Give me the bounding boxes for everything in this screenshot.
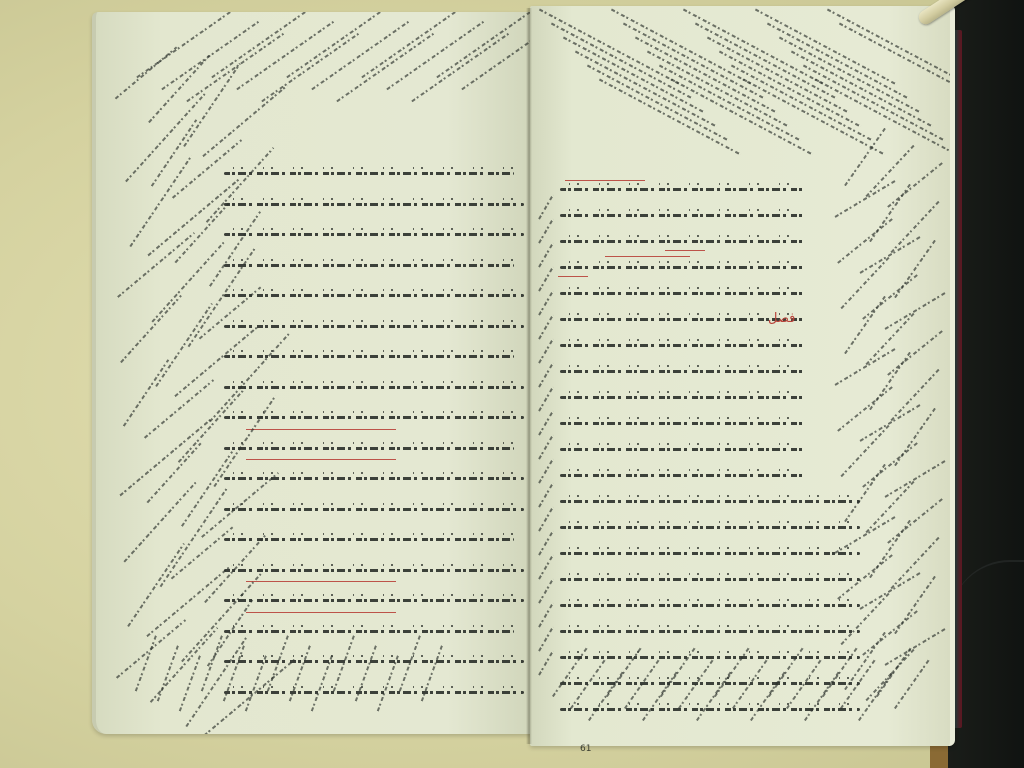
- margin-gloss: [147, 178, 240, 257]
- top-margin-gloss: [161, 20, 260, 90]
- bottom-margin-gloss: [311, 654, 333, 711]
- margin-gloss: [538, 338, 554, 363]
- main-text-line: [560, 448, 805, 451]
- folio-number: 61: [580, 744, 591, 754]
- margin-gloss: [174, 203, 229, 264]
- main-text-line: [560, 682, 860, 685]
- margin-gloss: [538, 434, 554, 459]
- margin-gloss: [884, 628, 945, 666]
- main-text-line: [560, 604, 860, 607]
- margin-gloss: [859, 572, 920, 610]
- bottom-margin-gloss: [135, 634, 157, 691]
- rubric-line: [246, 459, 396, 460]
- main-text-line: [224, 172, 514, 175]
- bottom-margin-gloss: [399, 634, 421, 691]
- main-text-line: [224, 569, 524, 572]
- main-text-line: [560, 630, 860, 633]
- right-page: الجسم انه من هذا القبيل فصل: [530, 6, 955, 746]
- rubric-line: [246, 581, 396, 582]
- main-text-line: [224, 599, 524, 602]
- margin-gloss: [859, 236, 920, 274]
- margin-gloss: [127, 543, 185, 627]
- margin-gloss: [844, 296, 886, 354]
- margin-gloss: [538, 554, 554, 579]
- main-text-line: [560, 214, 805, 217]
- margin-gloss: [538, 362, 554, 387]
- main-text-line: [560, 292, 805, 295]
- margin-gloss: [884, 292, 945, 330]
- margin-gloss: [834, 348, 895, 386]
- margin-gloss: [859, 404, 920, 442]
- main-text-line: [224, 691, 524, 694]
- margin-gloss: [538, 458, 554, 483]
- margin-gloss: [144, 379, 214, 438]
- margin-gloss: [844, 464, 886, 522]
- top-margin-gloss: [261, 32, 360, 102]
- margin-gloss: [538, 482, 554, 507]
- margin-gloss: [538, 194, 554, 219]
- main-text-line: [224, 447, 514, 450]
- top-margin-gloss: [551, 23, 693, 100]
- main-text-line: [560, 188, 805, 191]
- main-text-line: [224, 416, 524, 419]
- margin-gloss: [151, 239, 226, 322]
- main-text-line: [560, 240, 805, 243]
- margin-gloss: [538, 218, 554, 243]
- margin-gloss: [120, 295, 182, 363]
- margin-gloss: [538, 626, 554, 651]
- main-text-line: [224, 508, 524, 511]
- main-text-line: [224, 630, 514, 633]
- margin-gloss: [146, 565, 232, 637]
- margin-gloss: [202, 85, 288, 157]
- margin-gloss: [538, 242, 554, 267]
- main-text-line: [560, 266, 805, 269]
- rubric-line: [565, 180, 645, 181]
- margin-gloss: [538, 386, 554, 411]
- main-text-line: [224, 294, 524, 297]
- margin-gloss: [538, 506, 554, 531]
- main-text-line: [560, 370, 805, 373]
- margin-gloss: [834, 180, 895, 218]
- margin-gloss: [538, 410, 554, 435]
- margin-gloss: [209, 332, 291, 423]
- main-text-line: [560, 500, 860, 503]
- main-text-line: [224, 386, 524, 389]
- main-text-line: [560, 474, 805, 477]
- bottom-margin-gloss: [333, 634, 355, 691]
- margin-gloss: [125, 92, 207, 183]
- rubric-line: [558, 276, 588, 277]
- main-text-line: [224, 660, 524, 663]
- main-text-line: [560, 422, 805, 425]
- rubric-heading: فصل: [768, 311, 795, 326]
- rubric-line: [246, 429, 396, 430]
- margin-gloss: [123, 479, 198, 562]
- top-margin-gloss: [186, 32, 285, 102]
- margin-gloss: [181, 572, 263, 663]
- top-margin-gloss: [336, 32, 435, 102]
- main-text-line: [560, 526, 860, 529]
- margin-gloss: [884, 460, 945, 498]
- margin-gloss: [119, 418, 212, 497]
- margin-gloss: [844, 632, 886, 690]
- main-text-line: [224, 233, 524, 236]
- top-margin-gloss: [815, 79, 955, 156]
- top-margin-gloss: [411, 32, 510, 102]
- margin-gloss: [538, 290, 554, 315]
- bottom-margin-gloss: [179, 654, 201, 711]
- bottom-margin-gloss: [377, 654, 399, 711]
- rubric-line: [246, 612, 396, 613]
- book-gutter: [526, 8, 532, 744]
- bottom-margin-gloss: [267, 634, 289, 691]
- main-text-line: [224, 203, 524, 206]
- top-margin-gloss: [539, 9, 681, 86]
- margin-gloss: [538, 602, 554, 627]
- main-text-line: [560, 578, 860, 581]
- margin-gloss: [146, 443, 201, 504]
- margin-gloss: [538, 314, 554, 339]
- main-text-line: [224, 538, 514, 541]
- main-text-line: [224, 264, 514, 267]
- main-text-line: [560, 708, 860, 711]
- rubric-line: [605, 256, 690, 257]
- margin-gloss: [538, 266, 554, 291]
- left-page: اما بخص بالعلم الاعلى دون بنوع من العلوم…: [92, 12, 534, 734]
- main-text-line: [560, 396, 805, 399]
- main-text-line: [560, 344, 805, 347]
- rubric-line: [665, 250, 705, 251]
- margin-gloss: [538, 530, 554, 555]
- margin-gloss: [123, 359, 169, 426]
- main-text-line: [560, 552, 860, 555]
- top-margin-gloss: [803, 65, 945, 142]
- main-text-line: [224, 325, 524, 328]
- margin-gloss: [538, 578, 554, 603]
- margin-gloss: [538, 650, 554, 675]
